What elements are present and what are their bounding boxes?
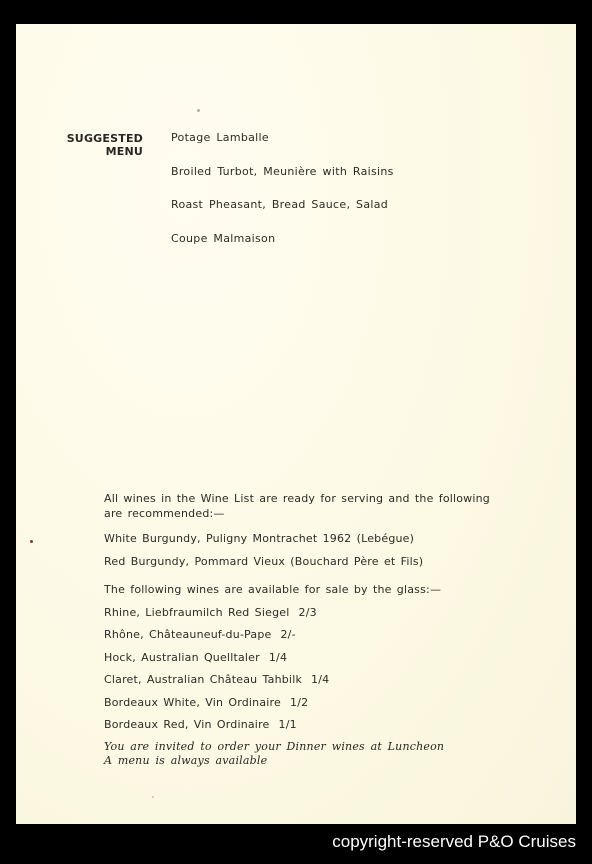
wine-price: 1/2 — [290, 696, 308, 709]
suggested-menu-heading: SUGGESTED MENU — [66, 132, 143, 158]
wine-price: 1/1 — [279, 718, 297, 731]
glass-wine-item: Hock, Australian Quelltaler1/4 — [104, 650, 564, 673]
recommended-wine: Red Burgundy, Pommard Vieux (Bouchard Pè… — [104, 554, 564, 577]
by-glass-wine-list: Rhine, Liebfraumilch Red Siegel2/3 Rhône… — [104, 605, 564, 740]
wine-price: 1/4 — [269, 651, 287, 664]
heading-line: MENU — [66, 145, 143, 158]
heading-line: SUGGESTED — [66, 132, 143, 145]
recommended-wine: White Burgundy, Puligny Montrachet 1962 … — [104, 531, 564, 554]
wine-intro-line: are recommended:— — [104, 507, 225, 520]
dinner-wines-note: You are invited to order your Dinner win… — [104, 740, 564, 768]
wine-price: 2/- — [280, 628, 295, 641]
paper-speck — [197, 109, 200, 112]
wine-name: Rhine, Liebfraumilch Red Siegel — [104, 606, 290, 619]
wine-name: Hock, Australian Quelltaler — [104, 651, 260, 664]
wine-intro: All wines in the Wine List are ready for… — [104, 491, 564, 521]
wine-intro-line: All wines in the Wine List are ready for… — [104, 492, 490, 505]
wine-name: Claret, Australian Château Tahbilk — [104, 673, 302, 686]
menu-card: SUGGESTED MENU Potage Lamballe Broiled T… — [16, 24, 576, 824]
paper-speck — [152, 796, 154, 798]
note-line: You are invited to order your Dinner win… — [104, 740, 564, 754]
menu-course: Roast Pheasant, Bread Sauce, Salad — [171, 197, 394, 231]
wine-name: Bordeaux Red, Vin Ordinaire — [104, 718, 270, 731]
note-line: A menu is always available — [104, 754, 564, 768]
wine-price: 2/3 — [299, 606, 317, 619]
glass-wine-item: Rhine, Liebfraumilch Red Siegel2/3 — [104, 605, 564, 628]
wine-name: Rhône, Châteauneuf-du-Pape — [104, 628, 271, 641]
paper-speck — [30, 540, 33, 543]
wine-section: All wines in the Wine List are ready for… — [104, 491, 564, 768]
wine-name: Bordeaux White, Vin Ordinaire — [104, 696, 281, 709]
menu-course: Broiled Turbot, Meunière with Raisins — [171, 164, 394, 198]
menu-course-list: Potage Lamballe Broiled Turbot, Meunière… — [171, 130, 394, 264]
by-glass-intro: The following wines are available for sa… — [104, 582, 564, 605]
glass-wine-item: Rhône, Châteauneuf-du-Pape2/- — [104, 627, 564, 650]
glass-wine-item: Bordeaux Red, Vin Ordinaire1/1 — [104, 717, 564, 740]
copyright-caption: copyright-reserved P&O Cruises — [332, 832, 576, 852]
glass-wine-item: Bordeaux White, Vin Ordinaire1/2 — [104, 695, 564, 718]
glass-wine-item: Claret, Australian Château Tahbilk1/4 — [104, 672, 564, 695]
menu-course: Potage Lamballe — [171, 130, 394, 164]
wine-price: 1/4 — [311, 673, 329, 686]
menu-course: Coupe Malmaison — [171, 231, 394, 265]
recommended-wine-list: White Burgundy, Puligny Montrachet 1962 … — [104, 531, 564, 576]
